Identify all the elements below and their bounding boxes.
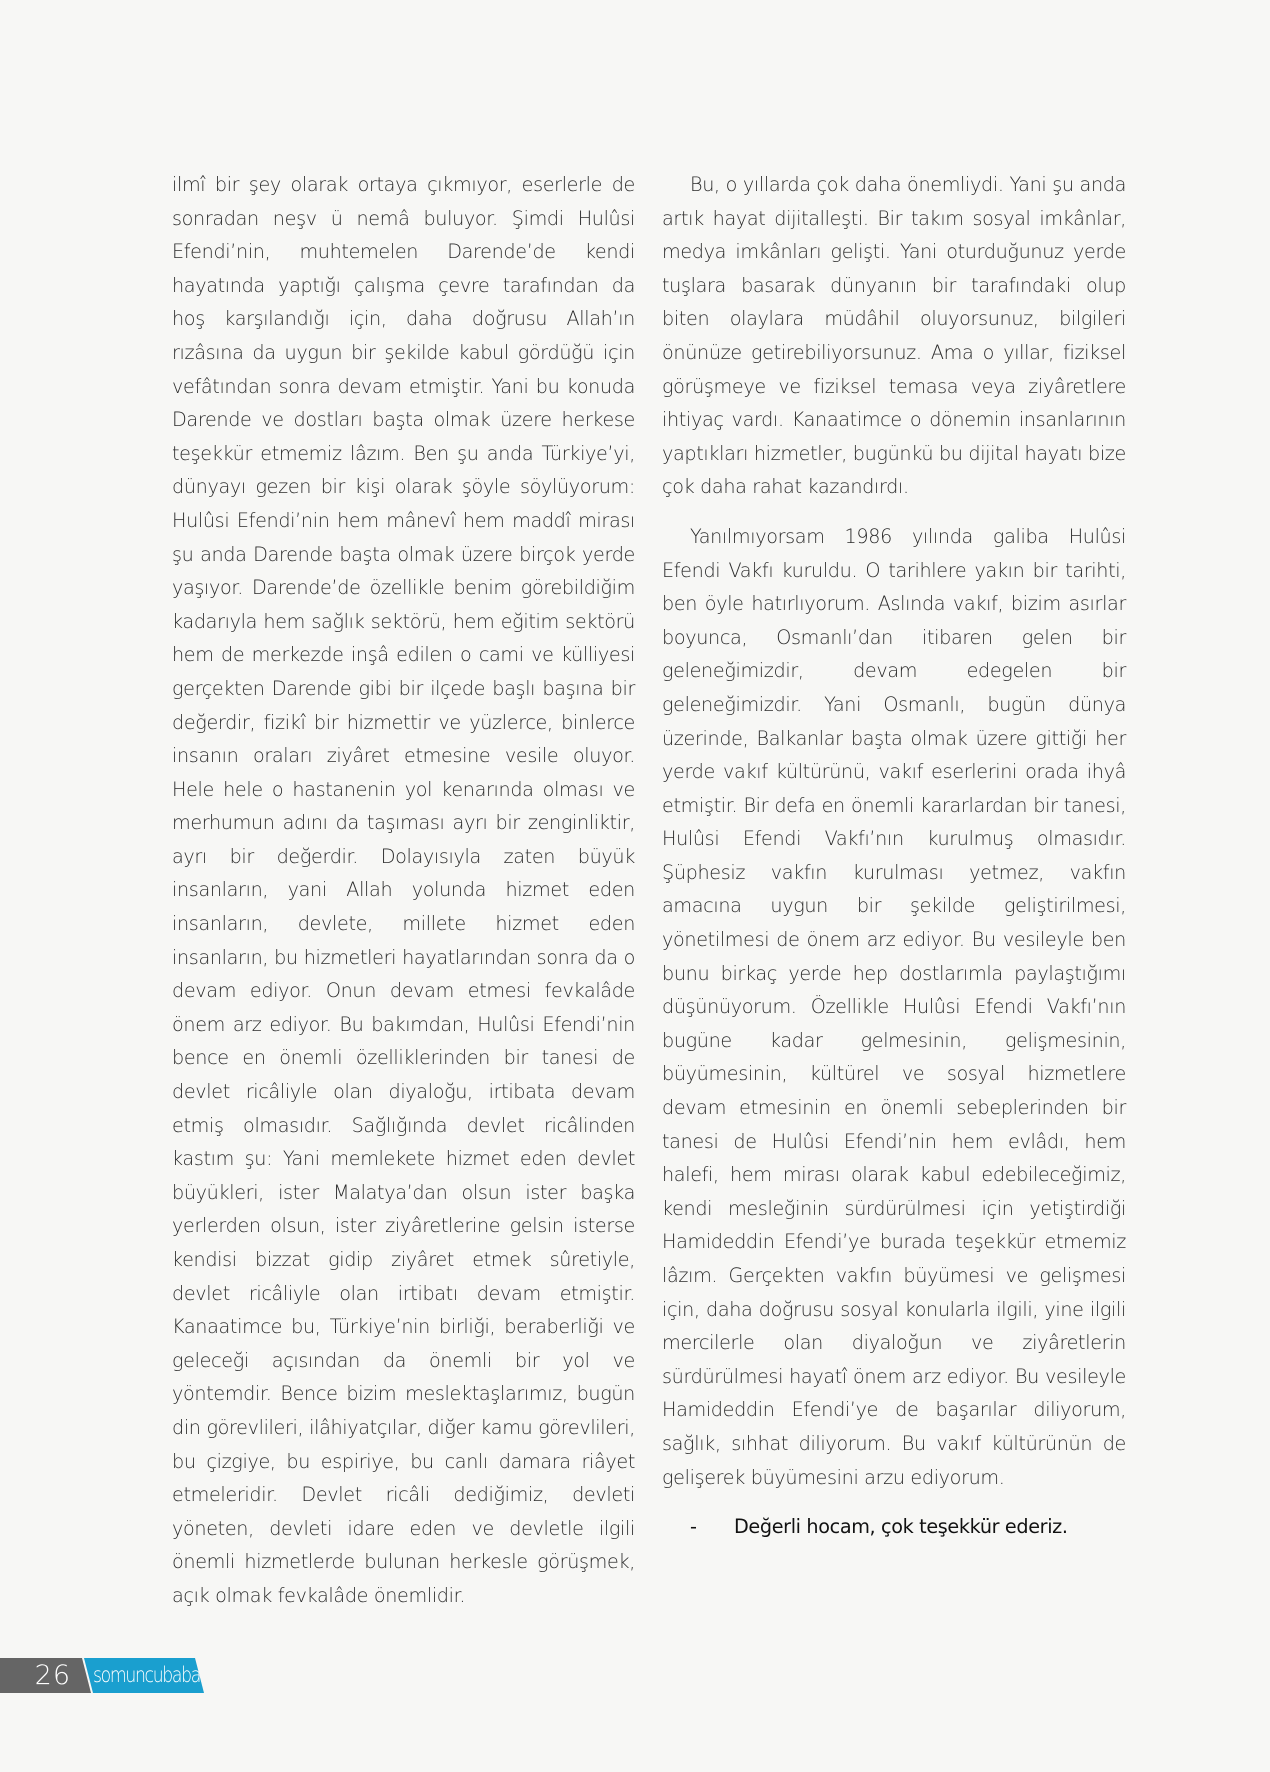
dash-bullet: -: [690, 1510, 734, 1544]
body-paragraph: Yanılmıyorsam 1986 yılında galiba Hulûsi…: [662, 520, 1126, 1494]
footer-brand-bar: 26 somuncubaba: [0, 1658, 210, 1693]
closing-remark: -Değerli hocam, çok teşekkür ederiz.: [662, 1510, 1126, 1544]
body-paragraph: ilmî bir şey olarak ortaya çıkmıyor, ese…: [172, 168, 635, 1613]
page-number: 26: [35, 1660, 71, 1692]
brand-logo: somuncubaba: [84, 1658, 204, 1693]
page-number-box: 26: [0, 1658, 91, 1693]
closing-text: Değerli hocam, çok teşekkür ederiz.: [734, 1515, 1068, 1538]
brand-name: somuncubaba: [93, 1661, 200, 1689]
body-paragraph: Bu, o yıllarda çok daha önemliydi. Yani …: [662, 168, 1126, 504]
right-text-column: Bu, o yıllarda çok daha önemliydi. Yani …: [662, 168, 1126, 1544]
left-text-column: ilmî bir şey olarak ortaya çıkmıyor, ese…: [172, 168, 635, 1613]
magazine-page: ilmî bir şey olarak ortaya çıkmıyor, ese…: [0, 0, 1270, 1772]
